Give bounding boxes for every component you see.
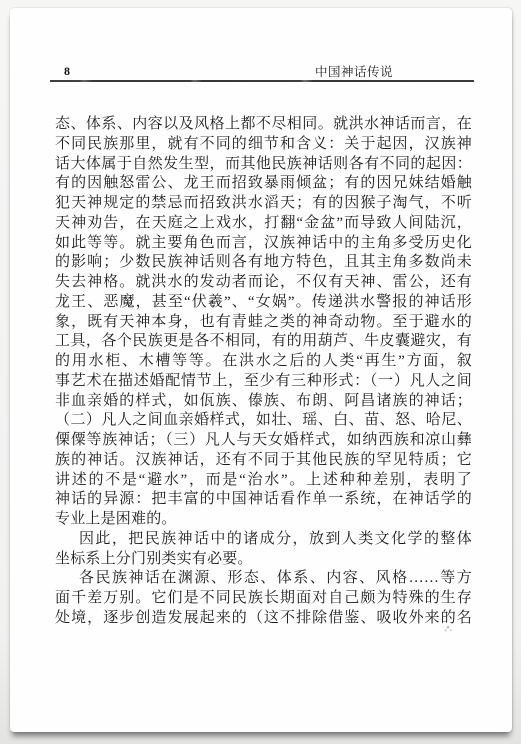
text-line: 神话的异源：把丰富的中国神话看作单一系统，在神话学的: [55, 490, 472, 510]
text-line: 的影响；少数民族神话则各有地方特色，且其主角多数尚未: [55, 253, 472, 273]
text-line: 族的神话。汉族神话，还有不同于其他民族的罕见特质；它: [55, 451, 472, 471]
text-line: 面千差万别。它们是不同民族长期面对自己颇为特殊的生存: [55, 589, 472, 609]
text-line: 象，既有天神本身，也有青蛙之类的神奇动物。至于避水的: [55, 313, 472, 333]
text-line: 天神劝告，在天庭之上戏水，打翻“金盆”而导致人间陆沉，: [55, 214, 472, 234]
text-line: 话大体属于自然发生型，而其他民族神话则各有不同的起因：: [55, 155, 472, 175]
book-title: 中国神话传说: [315, 62, 393, 80]
text-line: 犯天神规定的禁忌而招致洪水滔天；有的因猴子淘气，不听: [55, 194, 472, 214]
text-line: 因此，把民族神话中的诸成分，放到人类文化学的整体: [55, 530, 472, 550]
page-number: 8: [64, 64, 70, 79]
text-line: 失去神格。就洪水的发动者而论，不仅有天神、雷公，还有: [55, 273, 472, 293]
text-line: 傈僳等族神话；（三）凡人与天女婚样式，如纳西族和凉山彝: [55, 431, 472, 451]
text-line: 讲述的不是“避水”，而是“治水”。上述种种差别，表明了: [55, 471, 472, 491]
text-line: （二）凡人之间血亲婚样式，如壮、瑶、白、苗、怒、哈尼、: [55, 411, 472, 431]
paragraph: 各民族神话在渊源、形态、体系、内容、风格……等方面千差万别。它们是不同民族长期面…: [55, 569, 472, 628]
body-text: 态、体系、内容以及风格上都不尽相同。就洪水神话而言，在不同民族那里，就有不同的细…: [55, 115, 472, 629]
text-line: 非血亲婚的样式，如佤族、傣族、布朗、阿昌诸族的神话；: [55, 392, 472, 412]
paragraph: 因此，把民族神话中的诸成分，放到人类文化学的整体坐标系上分门别类实有必要。: [55, 530, 472, 570]
text-line: 各民族神话在渊源、形态、体系、内容、风格……等方: [55, 569, 472, 589]
text-line: 处境，逐步创造发展起来的（这不排除借鉴、吸收外来的名: [55, 609, 472, 629]
text-line: 事艺术在描述婚配情节上，至少有三种形式：（一）凡人之间: [55, 372, 472, 392]
scan-artifact: [444, 624, 452, 632]
text-line: 不同民族那里，就有不同的细节和含义：关于起因，汉族神: [55, 135, 472, 155]
text-line: 如此等等。就主要角色而言，汉族神话中的主角多受历史化: [55, 234, 472, 254]
text-line: 龙王、恶魔，甚至“伏羲”、“女娲”。传递洪水警报的神话形: [55, 293, 472, 313]
text-line: 工具，各个民族更是各不相同，有的用葫芦、牛皮囊避灾，有: [55, 332, 472, 352]
text-line: 的用水柜、木槽等等。在洪水之后的人类“再生”方面，叙: [55, 352, 472, 372]
paragraph: 态、体系、内容以及风格上都不尽相同。就洪水神话而言，在不同民族那里，就有不同的细…: [55, 115, 472, 530]
text-line: 态、体系、内容以及风格上都不尽相同。就洪水神话而言，在: [55, 115, 472, 135]
text-line: 专业上是困难的。: [55, 510, 472, 530]
scanned-book-page: 8 中国神话传说 态、体系、内容以及风格上都不尽相同。就洪水神话而言，在不同民族…: [10, 8, 512, 732]
header-rule: [50, 80, 474, 82]
text-line: 有的因触怒雷公、龙王而招致暴雨倾盆；有的因兄妹结婚触: [55, 174, 472, 194]
text-line: 坐标系上分门别类实有必要。: [55, 550, 472, 570]
